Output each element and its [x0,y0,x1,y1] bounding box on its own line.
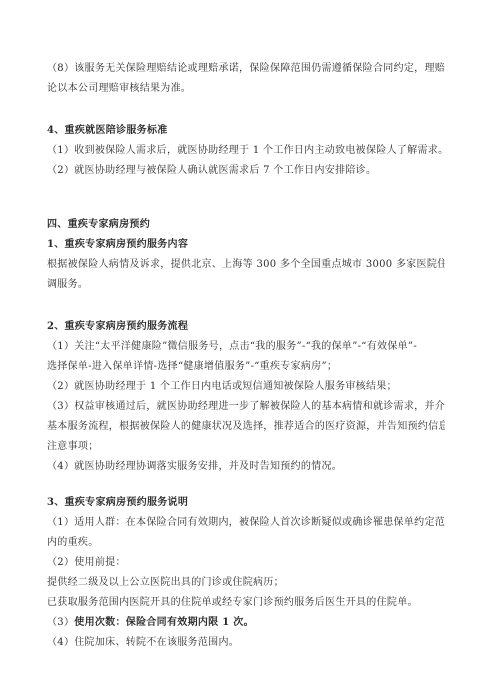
item-process-3-line2: 基本服务流程，根据被保险人的健康状况及选择，推荐适合的医疗资源，并告知预约信息和 [47,417,445,437]
document-page: （8）该服务无关保险理赔结论或理赔承诺，保险保障范围仍需遵循保险合同约定，理赔结… [0,0,495,700]
heading-ward-booking-notes: 3、重疾专家病房预约服务说明 [47,493,445,513]
item-notes-usage-count: （3）使用次数：保险合同有效期内限 1 次。 [47,613,445,633]
item-process-1-line1: （1）关注“太平洋健康险”微信服务号，点击“我的服务”-“我的保单”-“有效保单… [47,337,445,357]
item-escort-standard-2: （2）就医协助经理与被保险人确认就医需求后 7 个工作日内安排陪诊。 [47,161,445,181]
item-process-2: （2）就医协助经理于 1 个工作日内电话或短信通知被保险人服务审核结果； [47,377,445,397]
para-ward-booking-content-line2: 调服务。 [47,275,445,295]
heading-escort-service-standard: 4、重疾就医陪诊服务标准 [47,121,445,141]
item-escort-standard-1: （1）收到被保险人需求后，就医协助经理于 1 个工作日内主动致电被保险人了解需求… [47,141,445,161]
item-notes-precondition: （2）使用前提： [47,553,445,573]
heading-ward-booking-content: 1、重疾专家病房预约服务内容 [47,235,445,255]
heading-section4-ward-booking: 四、重疾专家病房预约 [47,215,445,235]
item-process-4: （4）就医协助经理协调落实服务安排，并及时告知预约的情况。 [47,457,445,477]
item-notes-applicable-line2: 内的重疾。 [47,533,445,553]
item-precondition-detail-2: 已获取服务范围内医院开具的住院单或经专家门诊预约服务后医生开具的住院单。 [47,593,445,613]
usage-count-bold-text: 使用次数：保险合同有效期内限 1 次。 [74,617,254,628]
item-process-3-line1: （3）权益审核通过后，就医协助经理进一步了解被保险人的基本病情和就诊需求，并介绍 [47,397,445,417]
para-claim-disclaimer-line1: （8）该服务无关保险理赔结论或理赔承诺，保险保障范围仍需遵循保险合同约定，理赔结 [47,59,445,79]
heading-ward-booking-process: 2、重疾专家病房预约服务流程 [47,317,445,337]
usage-count-number-prefix: （3） [47,617,74,628]
para-ward-booking-content-line1: 根据被保险人病情及诉求，提供北京、上海等 300 多个全国重点城市 3000 多… [47,255,445,275]
item-notes-applicable-line1: （1）适用人群：在本保险合同有效期内，被保险人首次诊断疑似或确诊罹患保单约定范围 [47,513,445,533]
item-process-3-line3: 注意事项； [47,437,445,457]
para-claim-disclaimer-line2: 论以本公司理赔审核结果为准。 [47,79,445,99]
item-precondition-detail-1: 提供经二级及以上公立医院出具的门诊或住院病历； [47,573,445,593]
item-process-1-line2: 选择保单-进入保单详情-选择“健康增值服务”-“重疾专家病房”； [47,357,445,377]
item-notes-exclusion: （4）住院加床、转院不在该服务范围内。 [47,633,445,653]
